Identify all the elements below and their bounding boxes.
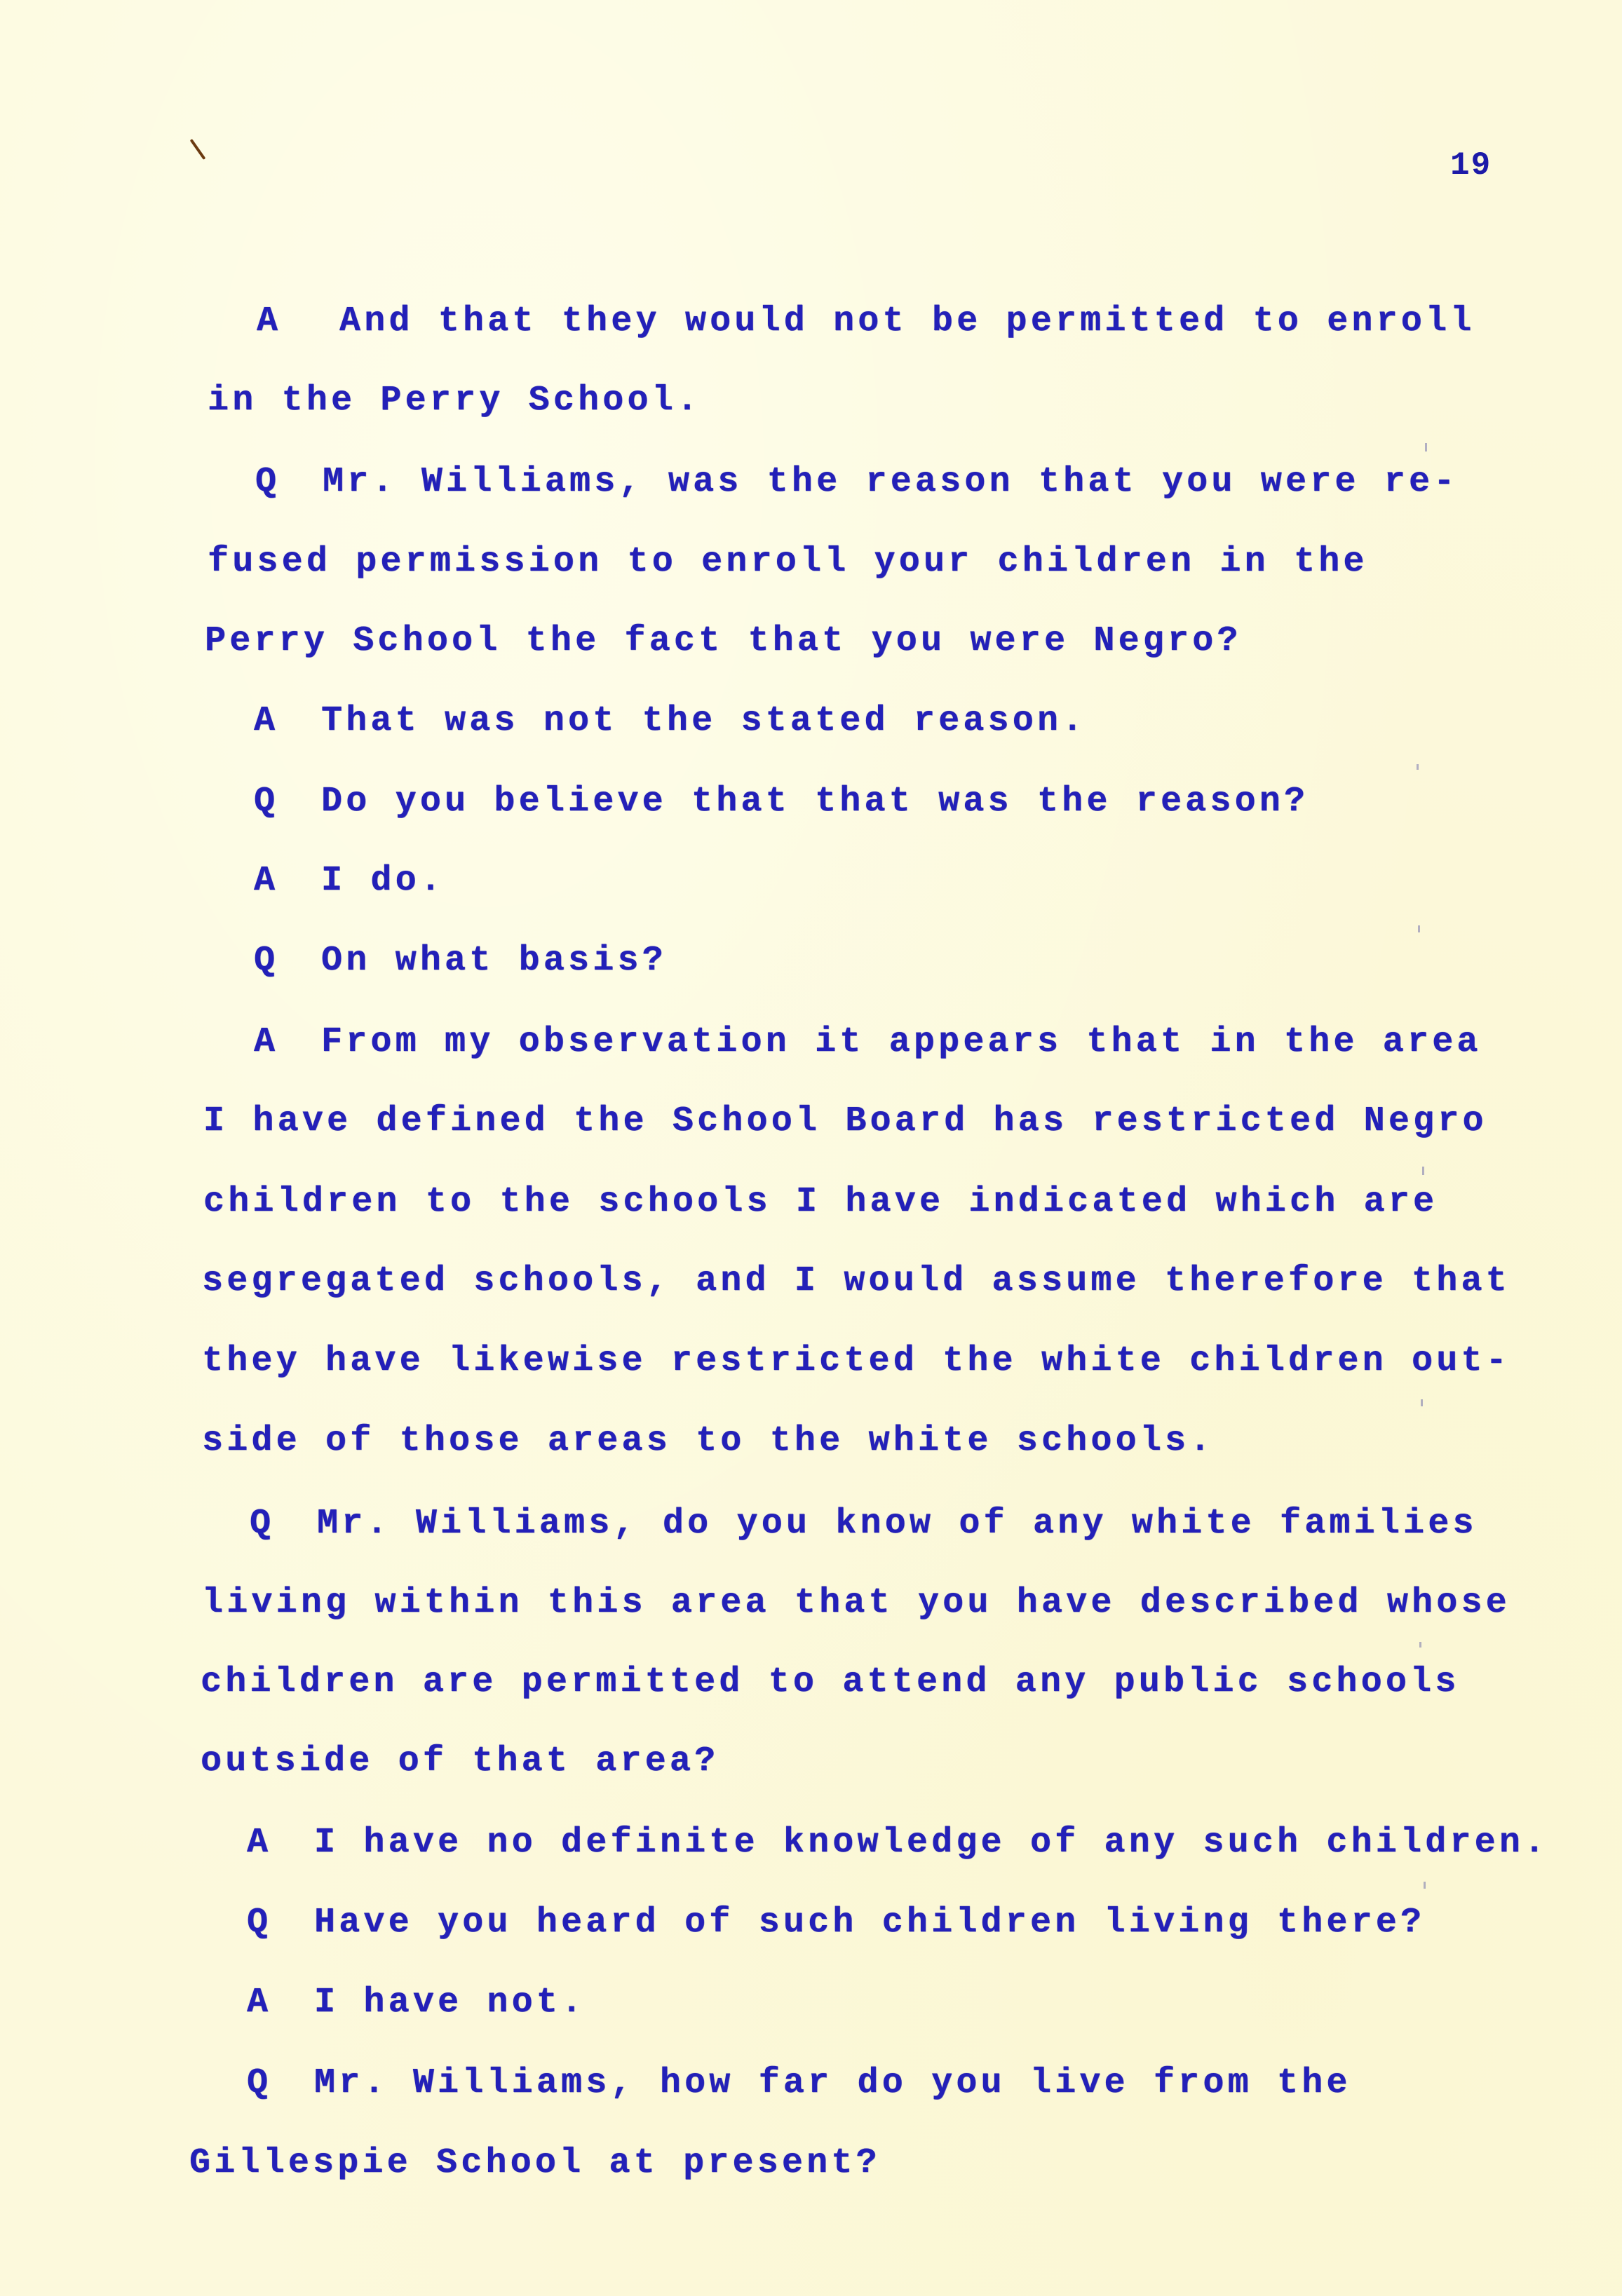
transcript-line: AI have no definite knowledge of any suc…	[247, 1826, 1548, 1861]
line-text: Do you believe that that was the reason?	[321, 782, 1309, 822]
line-text: fused permission to enroll your children…	[208, 542, 1368, 582]
ink-speck	[1421, 1399, 1423, 1406]
line-text: Have you heard of such children living t…	[314, 1903, 1425, 1943]
transcript-line: children are permitted to attend any pub…	[201, 1665, 1459, 1700]
transcript-line: Perry School the fact that you were Negr…	[205, 624, 1242, 659]
line-text: I have no definite knowledge of any such…	[314, 1823, 1548, 1863]
ink-speck	[1425, 443, 1427, 451]
transcript-line: QOn what basis?	[254, 944, 667, 979]
transcript-line: QMr. Williams, how far do you live from …	[247, 2066, 1351, 2101]
line-text: On what basis?	[321, 941, 667, 981]
line-text: in the Perry School.	[208, 381, 701, 421]
transcript-line: QHave you heard of such children living …	[247, 1906, 1425, 1941]
transcript-line: I have defined the School Board has rest…	[203, 1104, 1487, 1139]
line-text: Mr. Williams, was the reason that you we…	[323, 462, 1458, 502]
line-text: segregated schools, and I would assume t…	[202, 1261, 1511, 1301]
line-text: they have likewise restricted the white …	[202, 1341, 1511, 1381]
ink-speck	[1419, 1642, 1421, 1648]
line-text: Mr. Williams, do you know of any white f…	[317, 1504, 1478, 1544]
line-text: Perry School the fact that you were Negr…	[205, 621, 1242, 661]
ink-speck	[1418, 925, 1420, 932]
speaker-label: A	[247, 1985, 314, 2020]
line-text: Gillespie School at present?	[189, 2143, 881, 2183]
transcript-line: children to the schools I have indicated…	[203, 1185, 1438, 1220]
pencil-mark	[190, 139, 206, 160]
line-text: children are permitted to attend any pub…	[201, 1662, 1459, 1702]
transcript-line: segregated schools, and I would assume t…	[202, 1264, 1511, 1299]
ink-speck	[1422, 1167, 1424, 1175]
typewritten-page: 19 AAnd that they would not be permitted…	[0, 0, 1622, 2296]
page-number: 19	[1450, 147, 1492, 184]
speaker-label: A	[254, 1025, 321, 1060]
line-text: outside of that area?	[201, 1741, 719, 1781]
transcript-line: fused permission to enroll your children…	[208, 545, 1368, 580]
line-text: That was not the stated reason.	[321, 701, 1086, 741]
transcript-line: they have likewise restricted the white …	[202, 1344, 1511, 1379]
line-text: And that they would not be permitted to …	[339, 301, 1475, 341]
transcript-line: AAnd that they would not be permitted to…	[257, 304, 1475, 339]
ink-speck	[1424, 1882, 1426, 1889]
line-text: I have not.	[314, 1983, 586, 2023]
transcript-line: living within this area that you have de…	[202, 1586, 1511, 1621]
transcript-line: QDo you believe that that was the reason…	[254, 784, 1309, 820]
transcript-line: outside of that area?	[201, 1744, 719, 1779]
speaker-label: A	[257, 304, 339, 339]
speaker-label: A	[254, 864, 321, 899]
transcript-line: QMr. Williams, was the reason that you w…	[255, 465, 1458, 500]
speaker-label: Q	[247, 1906, 314, 1941]
line-text: Mr. Williams, how far do you live from t…	[314, 2063, 1351, 2103]
line-text: side of those areas to the white schools…	[202, 1421, 1214, 1461]
transcript-line: AI have not.	[247, 1985, 586, 2020]
ink-speck	[1417, 764, 1419, 770]
line-text: children to the schools I have indicated…	[203, 1182, 1438, 1222]
speaker-label: A	[247, 1826, 314, 1861]
speaker-label: Q	[255, 465, 323, 500]
line-text: I have defined the School Board has rest…	[203, 1101, 1487, 1141]
speaker-label: Q	[250, 1507, 317, 1542]
transcript-line: in the Perry School.	[208, 383, 701, 419]
speaker-label: Q	[247, 2066, 314, 2101]
speaker-label: Q	[254, 784, 321, 820]
line-text: I do.	[321, 861, 445, 901]
line-text: living within this area that you have de…	[202, 1583, 1511, 1623]
transcript-line: AI do.	[254, 864, 445, 899]
transcript-line: Gillespie School at present?	[189, 2146, 881, 2181]
transcript-line: QMr. Williams, do you know of any white …	[250, 1507, 1478, 1542]
transcript-line: AFrom my observation it appears that in …	[254, 1025, 1482, 1060]
speaker-label: Q	[254, 944, 321, 979]
speaker-label: A	[254, 704, 321, 739]
line-text: From my observation it appears that in t…	[321, 1022, 1482, 1062]
transcript-line: side of those areas to the white schools…	[202, 1424, 1214, 1459]
transcript-line: AThat was not the stated reason.	[254, 704, 1086, 739]
